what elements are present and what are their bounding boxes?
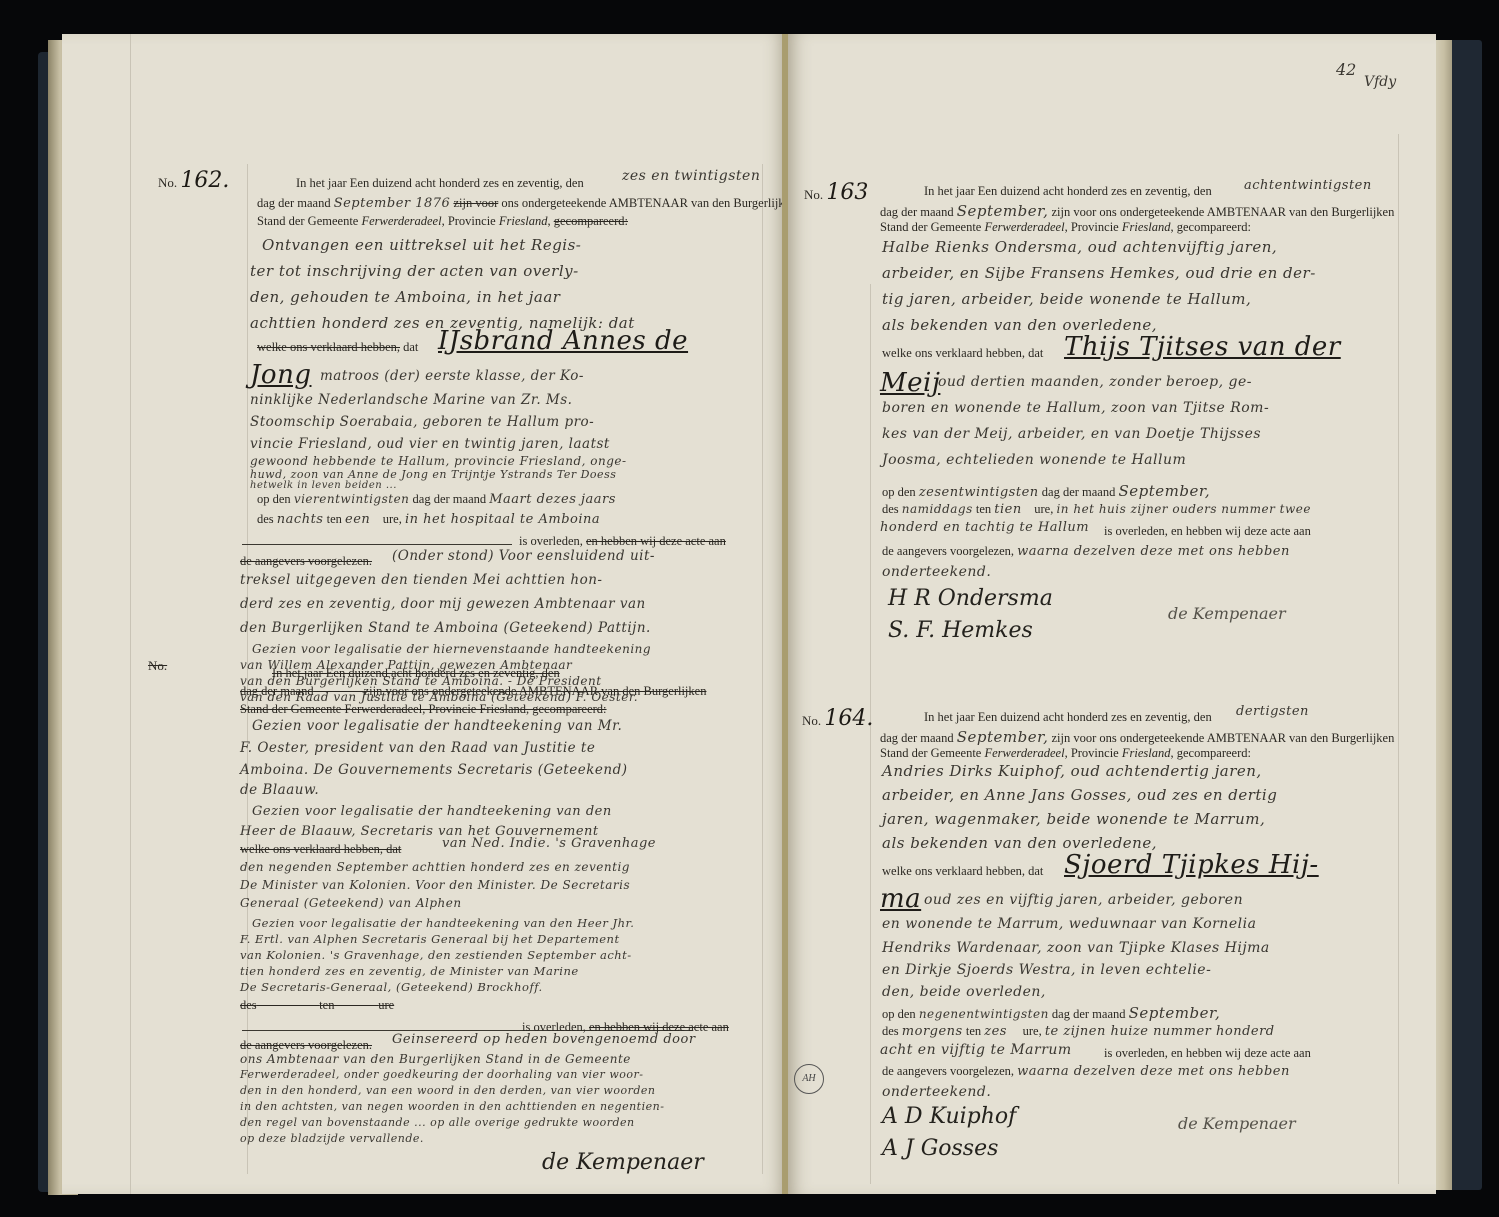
hand-place-cont: acht en vijftig te Marrum	[880, 1042, 1072, 1058]
entry-163-declared: welke ons verklaard hebben, dat	[882, 346, 1043, 361]
text-rule-right	[762, 164, 763, 1174]
province: Friesland	[499, 214, 548, 228]
entry-number-163: No. 163	[804, 180, 868, 205]
hand-date: achtentwintigsten	[1244, 178, 1372, 193]
struck-text: welke ons verklaard hebben,	[257, 340, 400, 354]
hand-line: matroos (der) eerste klasse, der Ko-	[320, 368, 584, 384]
entry-164-line2: dag der maand September, zijn voor ons o…	[880, 728, 1394, 746]
hand-line: Andries Dirks Kuiphof, oud achtendertig …	[882, 762, 1262, 780]
witness-signature: H R Ondersma	[888, 586, 1053, 611]
hand-date: dertigsten	[1236, 704, 1309, 719]
print-text: ons ondergeteekende AMBTENAAR van den Bu…	[501, 196, 796, 210]
hand-line: oud zes en vijftig jaren, arbeider, gebo…	[924, 892, 1243, 908]
hand-line: den, beide overleden,	[882, 984, 1046, 1000]
deceased-name-cont: Jong	[250, 360, 311, 390]
entry-164-line3: Stand der Gemeente Ferwerderadeel, Provi…	[880, 746, 1251, 761]
entry-number-value: 164.	[824, 706, 873, 731]
hand-line: Gezien voor legalisatie der handteekenin…	[252, 718, 622, 734]
hand-line: Geinsereerd op heden bovengenoemd door	[392, 1032, 696, 1047]
entry-number-value: 162.	[180, 168, 229, 193]
entry-164-op-den: op den negenentwintigsten dag der maand …	[882, 1004, 1220, 1022]
municipality: Ferwerderadeel	[361, 214, 441, 228]
hand-text: waarna dezelven deze met ons hebben	[1017, 1064, 1290, 1079]
struck-text: ure	[378, 998, 394, 1012]
hand-line: ter tot inschrijving der acten van overl…	[250, 262, 579, 280]
entry-number-label: No.	[158, 175, 177, 190]
entry-162-declared: welke ons verklaard hebben, dat	[257, 340, 418, 355]
hand-line: Amboina. De Gouvernements Secretaris (Ge…	[240, 762, 627, 778]
struck-text: zijn voor	[453, 196, 498, 210]
text-rule-right	[1398, 134, 1399, 1184]
hand-line: van Kolonien. 's Gravenhage, den zestien…	[240, 948, 632, 962]
hand-hour: een	[345, 512, 370, 527]
witness-signature: A J Gosses	[882, 1136, 998, 1161]
entry-162-line1: In het jaar Een duizend acht honderd zes…	[296, 176, 584, 191]
struck-entry-number: No.	[148, 658, 167, 674]
struck-text: de aangevers voorgelezen.	[240, 1038, 372, 1053]
hand-line: De Minister van Kolonien. Voor den Minis…	[240, 878, 630, 892]
hand-line: gewoond hebbende te Hallum, provincie Fr…	[250, 454, 627, 468]
hand-daypart: namiddags	[902, 502, 973, 516]
entry-162-aangevers: de aangevers voorgelezen.	[240, 554, 372, 569]
margin-rule	[130, 34, 131, 1194]
print-text: Stand der Gemeente	[880, 220, 981, 234]
struck-text: dag der maand	[240, 684, 314, 698]
hand-line: vincie Friesland, oud vier en twintig ja…	[250, 436, 610, 452]
hand-line: oud dertien maanden, zonder beroep, ge-	[938, 374, 1252, 390]
province: Friesland	[1122, 746, 1171, 760]
hand-line: De Secretaris-Generaal, (Geteekend) Broc…	[240, 980, 543, 994]
hand-day: vierentwintigsten	[294, 492, 410, 506]
entry-164-aangevers: de aangevers voorgelezen, waarna dezelve…	[882, 1064, 1290, 1079]
hand-line: boren en wonende te Hallum, zoon van Tji…	[882, 400, 1269, 416]
hand-line: Ferwerderadeel, onder goedkeuring der do…	[240, 1068, 643, 1081]
hand-place: in het huis zijner ouders nummer twee	[1056, 502, 1311, 516]
entry-163-line1: In het jaar Een duizend acht honderd zes…	[924, 184, 1212, 199]
hand-month: Maart dezes jaars	[489, 492, 616, 507]
hand-line: Stoomschip Soerabaia, geboren te Hallum …	[250, 414, 594, 430]
right-page: 42 Vfdy No. 163 In het jaar Een duizend …	[788, 34, 1436, 1194]
hand-line: treksel uitgegeven den tienden Mei achtt…	[240, 572, 602, 588]
struck-line1: In het jaar Een duizend acht honderd zes…	[272, 666, 560, 681]
hand-line: arbeider, en Anne Jans Gosses, oud zes e…	[882, 786, 1277, 804]
registrar-signature: de Kempenaer	[1168, 604, 1286, 623]
hand-place-cont: honderd en tachtig te Hallum	[880, 520, 1089, 535]
struck-line2: dag der maand zijn voor ons ondergeteeke…	[240, 684, 706, 699]
print-text: ten	[966, 1024, 981, 1038]
entry-162-line3: Stand der Gemeente Ferwerderadeel, Provi…	[257, 214, 628, 229]
margin-initials-mark: AH	[794, 1064, 824, 1094]
hand-line: in den achtsten, van negen woorden in de…	[240, 1100, 664, 1113]
print-text: is overleden,	[519, 534, 583, 548]
text-rule-left	[870, 284, 871, 1184]
struck-text: en hebben wij deze acte aan	[586, 534, 726, 548]
entry-number-162: No. 162.	[158, 168, 229, 193]
struck-text: zijn voor ons ondergeteekende AMBTENAAR …	[364, 684, 707, 698]
hand-place: te zijnen huize nummer honderd	[1045, 1024, 1275, 1039]
print-text: Stand der Gemeente	[257, 214, 358, 228]
hand-text: onderteekend.	[882, 564, 991, 580]
hand-text: onderteekend.	[882, 1084, 991, 1100]
print-text: ten	[976, 502, 991, 516]
deceased-name: Thijs Tjitses van der	[1064, 332, 1341, 362]
hand-daypart: nachts	[277, 512, 324, 527]
entry-163-op-den: op den zesentwintigsten dag der maand Se…	[882, 482, 1210, 500]
hand-day: negenentwintigsten	[919, 1007, 1049, 1021]
print-text: zijn voor ons ondergeteekende AMBTENAAR …	[1051, 731, 1394, 745]
hand-month: September,	[1129, 1004, 1221, 1022]
entry-163-line3: Stand der Gemeente Ferwerderadeel, Provi…	[880, 220, 1251, 235]
hand-month: September,	[1118, 482, 1210, 500]
hand-line: Gezien voor legalisatie der handteekenin…	[252, 916, 634, 930]
hand-line: den negenden September achttien honderd …	[240, 860, 630, 874]
print-text: ure,	[383, 512, 402, 526]
hand-line: tien honderd zes en zeventig, de Ministe…	[240, 964, 579, 978]
hand-line: Joosma, echtelieden wonende te Hallum	[882, 452, 1186, 468]
print-text: op den	[882, 1007, 916, 1021]
entry-163-aangevers: de aangevers voorgelezen, waarna dezelve…	[882, 544, 1290, 559]
hand-line: (Onder stond) Voor eensluidend uit-	[392, 548, 655, 564]
print-text: dag der maand	[1042, 485, 1116, 499]
print-text: ure,	[1034, 502, 1053, 516]
hand-daypart: morgens	[902, 1024, 963, 1039]
hand-line: kes van der Meij, arbeider, en van Doetj…	[882, 426, 1261, 442]
print-text: des	[882, 502, 899, 516]
deceased-name: IJsbrand Annes de	[438, 326, 688, 356]
hand-line: hetwelk in leven beiden ...	[250, 480, 397, 491]
deceased-name-cont: ma	[880, 884, 921, 914]
hand-text: waarna dezelven deze met ons hebben	[1017, 544, 1290, 559]
hand-line: Halbe Rienks Ondersma, oud achtenvijftig…	[882, 238, 1277, 256]
entry-number-label: No.	[804, 187, 823, 202]
print-text: op den	[882, 485, 916, 499]
hand-line: derd zes en zeventig, door mij gewezen A…	[240, 596, 646, 612]
hand-line: den in den honderd, van een woord in den…	[240, 1084, 656, 1097]
entry-number-value: 163	[826, 180, 868, 205]
print-text: In het jaar Een duizend acht honderd zes…	[296, 176, 584, 190]
print-text: dag der maand	[413, 492, 487, 506]
hand-line: en wonende te Marrum, weduwnaar van Korn…	[882, 916, 1256, 932]
struck-text: de aangevers voorgelezen.	[240, 554, 372, 568]
hand-line: Gezien voor legalisatie der hiernevensta…	[252, 642, 651, 656]
registrar-signature: de Kempenaer	[1178, 1114, 1296, 1133]
hand-date: zes en twintigsten	[622, 168, 760, 184]
hand-line: den, gehouden te Amboina, in het jaar	[250, 288, 560, 306]
hand-line: en Dirkje Sjoerds Westra, in leven echte…	[882, 962, 1211, 978]
entry-163-line2: dag der maand September, zijn voor ons o…	[880, 202, 1394, 220]
entry-162-line2: dag der maand September 1876 zijn voor o…	[257, 196, 796, 211]
print-text: , Provincie	[442, 214, 496, 228]
hand-line: van Ned. Indie. 's Gravenhage	[442, 836, 656, 851]
hand-line: tig jaren, arbeider, beide wonende te Ha…	[882, 290, 1251, 308]
hand-line: ons Ambtenaar van den Burgerlijken Stand…	[240, 1052, 631, 1066]
struck-line3: Stand der Gemeente Ferwerderadeel, Provi…	[240, 702, 607, 717]
print-text: , Provincie	[1065, 220, 1119, 234]
print-text: , gecompareerd:	[1170, 220, 1251, 234]
hand-line: den Burgerlijken Stand te Amboina (Getee…	[240, 620, 651, 636]
entry-163-overleden: is overleden, en hebben wij deze acte aa…	[1104, 524, 1311, 539]
entry-164-declared: welke ons verklaard hebben, dat	[882, 864, 1043, 879]
print-text: des	[257, 512, 274, 526]
province: Friesland	[1122, 220, 1171, 234]
print-text: ure,	[1023, 1024, 1042, 1038]
print-text: des	[882, 1024, 899, 1038]
entry-163-time: des namiddags ten tien ure, in het huis …	[882, 502, 1311, 517]
hand-day: zesentwintigsten	[919, 485, 1039, 500]
municipality: Ferwerderadeel	[984, 220, 1064, 234]
hand-month: September 1876	[334, 196, 451, 211]
print-text: dag der maand	[880, 205, 954, 219]
print-text: Stand der Gemeente	[880, 746, 981, 760]
entry-164-time: des morgens ten zes ure, te zijnen huize…	[882, 1024, 1275, 1039]
print-text: op den	[257, 492, 291, 506]
hand-line: op deze bladzijde vervallende.	[240, 1132, 424, 1145]
entry-162-op-den: op den vierentwintigsten dag der maand M…	[257, 492, 616, 507]
struck-text: gecompareerd:	[554, 214, 628, 228]
struck-text: ten	[319, 998, 334, 1012]
left-page: No. 162. In het jaar Een duizend acht ho…	[62, 34, 786, 1194]
witness-signature: S. F. Hemkes	[888, 618, 1033, 643]
entry-number-label: No.	[802, 713, 821, 728]
print-text: de aangevers voorgelezen,	[882, 1064, 1014, 1078]
hand-hour: tien	[994, 502, 1021, 517]
hand-line: F. Ertl. van Alphen Secretaris Generaal …	[240, 932, 620, 946]
struck-text: welke ons verklaard hebben, dat	[240, 842, 401, 857]
hand-line: F. Oester, president van den Raad van Ju…	[240, 740, 595, 756]
hand-line: Generaal (Geteekend) van Alphen	[240, 896, 462, 910]
page-number: 42	[1336, 60, 1356, 79]
print-text: ten	[327, 512, 342, 526]
print-text: zijn voor ons ondergeteekende AMBTENAAR …	[1051, 205, 1394, 219]
print-text: dat	[403, 340, 418, 354]
hand-line: Ontvangen een uittreksel uit het Regis-	[262, 236, 581, 254]
hand-line: arbeider, en Sijbe Fransens Hemkes, oud …	[882, 264, 1316, 282]
entry-number-164: No. 164.	[802, 706, 873, 731]
hand-line: Hendriks Wardenaar, zoon van Tjipke Klas…	[882, 940, 1270, 956]
print-text: , gecompareerd:	[1170, 746, 1251, 760]
print-text: , Provincie	[1065, 746, 1119, 760]
hand-month: September,	[957, 202, 1049, 220]
entry-162-overleden: is overleden, en hebben wij deze acte aa…	[519, 534, 726, 549]
page-initials: Vfdy	[1364, 74, 1396, 90]
print-text: dag der maand	[257, 196, 331, 210]
print-text: de aangevers voorgelezen,	[882, 544, 1014, 558]
deceased-name: Sjoerd Tjipkes Hij-	[1064, 850, 1319, 880]
hand-line: Gezien voor legalisatie der handteekenin…	[252, 804, 612, 819]
hand-line: den regel van bovenstaande ... op alle o…	[240, 1116, 635, 1129]
entry-162-time: des nachts ten een ure, in het hospitaal…	[257, 512, 600, 527]
print-text: dag der maand	[880, 731, 954, 745]
hand-hour: zes	[984, 1024, 1007, 1039]
struck-text: des	[240, 998, 257, 1012]
hand-line: jaren, wagenmaker, beide wonende te Marr…	[882, 810, 1265, 828]
hand-place: in het hospitaal te Amboina	[405, 512, 600, 527]
witness-signature: A D Kuiphof	[882, 1104, 1016, 1129]
hand-line: ninklijke Nederlandsche Marine van Zr. M…	[250, 392, 572, 408]
entry-164-overleden: is overleden, en hebben wij deze acte aa…	[1104, 1046, 1311, 1061]
print-text: dag der maand	[1052, 1007, 1126, 1021]
hand-month: September,	[957, 728, 1049, 746]
deceased-name-cont: Meij	[880, 368, 940, 398]
struck-time-line: des ten ure	[240, 998, 394, 1013]
registrar-signature: de Kempenaer	[542, 1150, 704, 1175]
blank-rule	[242, 544, 512, 545]
entry-164-line1: In het jaar Een duizend acht honderd zes…	[924, 710, 1212, 725]
municipality: Ferwerderadeel	[984, 746, 1064, 760]
hand-line: de Blaauw.	[240, 782, 319, 798]
